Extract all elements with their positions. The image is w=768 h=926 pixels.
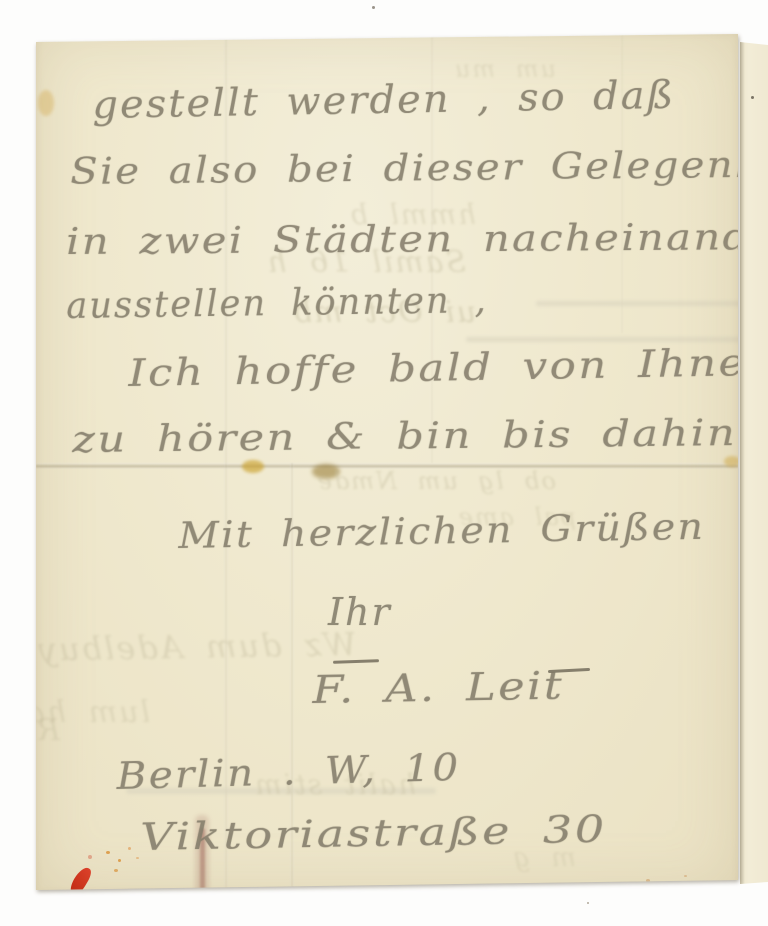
ink-offset-streak bbox=[536, 301, 746, 306]
red-dot bbox=[88, 855, 92, 859]
bleedthrough-line: lum ham lnmc Prnc bbox=[0, 695, 150, 730]
signature: F. A. Leit bbox=[312, 664, 564, 712]
fold-stain bbox=[242, 460, 264, 473]
handwriting-line: ausstellen könnten , bbox=[66, 280, 488, 327]
orange-speck bbox=[114, 869, 118, 872]
bleedthrough-line: Wz dum Adelbuy bbox=[37, 625, 357, 669]
address-city-line: Berlin . W, 10 bbox=[116, 746, 461, 798]
bleedthrough-line: ob lg um Nmde bbox=[316, 467, 556, 495]
handwriting-line: in zwei Städten nacheinander bbox=[66, 217, 768, 263]
handwriting-line: zu hören & bin bis dahin bbox=[72, 413, 737, 461]
bleedthrough-line: Reld dim L m am bbox=[0, 713, 60, 748]
orange-speck bbox=[106, 851, 110, 854]
orange-speck bbox=[664, 885, 667, 888]
letter-sheet: um mu hmml b Samil 16 h ui Oct mb ob lg … bbox=[36, 33, 738, 893]
orange-speck bbox=[646, 879, 650, 882]
orange-speck bbox=[118, 859, 121, 862]
orange-speck bbox=[136, 857, 139, 859]
address-street-line: Viktoriastraße 30 bbox=[140, 808, 607, 859]
orange-speck bbox=[684, 875, 687, 877]
letter-photograph: um mu hmml b Samil 16 h ui Oct mb ob lg … bbox=[0, 0, 768, 926]
handwriting-line: Sie also bei dieser Gelegenheit bbox=[70, 144, 768, 193]
red-paint-streak bbox=[67, 865, 93, 897]
fold-stain bbox=[724, 456, 740, 467]
closing-line: Mit herzlichen Grüßen bbox=[178, 507, 705, 557]
orange-speck bbox=[701, 883, 704, 885]
handwriting-line: gestellt werden , so daß bbox=[92, 73, 676, 127]
orange-speck bbox=[128, 847, 131, 850]
yellow-stain bbox=[38, 90, 54, 116]
letter-sheet-wrap: um mu hmml b Samil 16 h ui Oct mb ob lg … bbox=[0, 0, 768, 926]
signature-overline bbox=[333, 659, 379, 664]
signature-intro: Ihr bbox=[328, 590, 392, 634]
